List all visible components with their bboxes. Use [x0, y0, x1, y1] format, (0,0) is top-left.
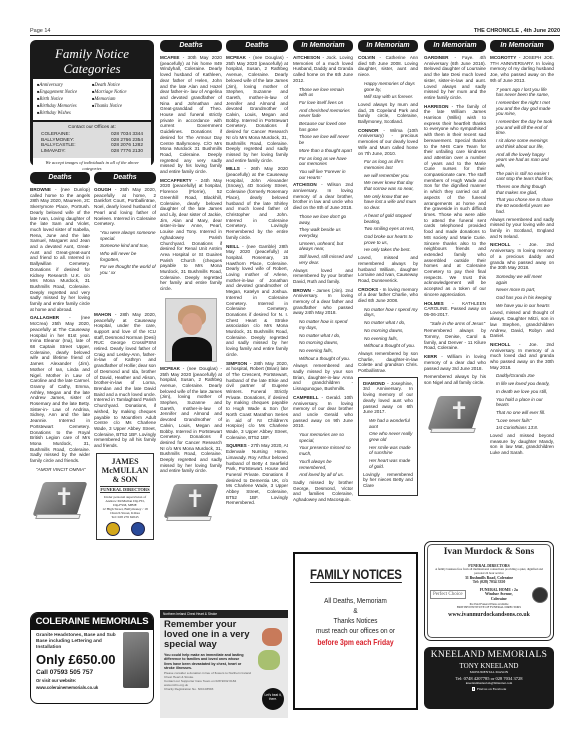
bible-illustration: ✝ — [161, 480, 221, 525]
deaths-column-2: Deaths GOUGH - 25th May 2020, peacefully… — [94, 172, 156, 540]
memoriam-column-2: In Memoriam COLVIN - Catherine Ann died … — [358, 40, 418, 496]
death-notice: NEILL - (nee Gamble) 28th May 2020 (peac… — [226, 244, 288, 358]
categories-list: Anniversary Death Notice Engagement Noti… — [33, 79, 151, 120]
cross-icon: ✝ — [185, 488, 205, 512]
death-notice: SQUIRES - 27th May 2020, At Edenvale Nur… — [226, 443, 288, 506]
portrait-photo — [165, 298, 217, 362]
death-notice: BROWNE - (nee Dunlop) called home to the… — [30, 187, 90, 312]
death-notice: MCAFEE - 30th May 2020 (peacefully) at h… — [160, 55, 222, 175]
deaths-header: Deaths — [160, 40, 222, 52]
family-notices-deadline-ad: FAMILY NOTICES All Deaths, Memoriam & Th… — [293, 552, 418, 710]
deaths-header: Deaths — [94, 172, 156, 184]
james-mcmullan-ad[interactable]: JAMES McMULLAN & SON FUNERAL DIRECTORS U… — [96, 453, 154, 541]
memoriam-column-4: In Memoriam MCGROTTY - JOSEPH JOE. 7TH A… — [490, 40, 554, 459]
chest-heart-stroke-ad[interactable]: Northern Ireland Chest Heart & Stroke Re… — [160, 610, 288, 718]
bible-illustration: ✝ — [30, 478, 90, 523]
death-notice: SIMPSON - 28th May 2020, at hospital, Ro… — [226, 361, 288, 441]
categories-title: Family Notice Categories — [33, 46, 151, 76]
family-notice-categories-box: Family Notice Categories Anniversary Dea… — [30, 40, 154, 166]
bible-illustration: ✝ — [425, 392, 485, 437]
seal-icon — [532, 587, 548, 603]
facebook-link[interactable]: fFind us on Facebook — [424, 687, 554, 691]
death-notice: GALLAGHER - (nee McCrea) 25th May 2020, … — [30, 315, 90, 463]
paper-dateline: THE CHRONICLE , 4th June 2020 — [474, 28, 560, 34]
category-item: Birth Notice — [37, 96, 92, 103]
chss-badge-icon: Let's beat it, there. — [262, 688, 284, 710]
cross-icon: ✝ — [449, 400, 469, 424]
memoriam-column-1: In Memoriam AITCHESON - Jock. Loving Mem… — [293, 40, 353, 506]
kneeland-memorials-ad[interactable]: KNEELAND MEMORIALS TONY KNEELAND MONUMEN… — [424, 647, 554, 709]
heart-image — [258, 650, 280, 670]
deaths-column-4: Deaths MCPEAK - (nee Douglas) - 25th May… — [226, 40, 288, 509]
category-item: Birthday Wishes — [37, 110, 92, 117]
category-item: Thanks Notice — [92, 103, 147, 110]
newspaper-page: Page 14 THE CHRONICLE , 4th June 2020 Fa… — [0, 0, 580, 737]
death-notice: MCPEAK - (nee Douglas) - 25th May 2020 (… — [160, 366, 222, 474]
category-item: Memoriam — [92, 96, 147, 103]
page-number: Page 14 — [30, 28, 51, 34]
category-item: Death Notice — [92, 82, 147, 89]
website-link[interactable]: www.ivanmurdockandsons.co.uk — [430, 612, 548, 618]
memoriam-header: In Memoriam — [424, 40, 486, 52]
headstone-image — [123, 632, 149, 688]
deaths-header: Deaths — [226, 40, 288, 52]
association-logo-icon — [131, 522, 145, 536]
deaths-column-1: Deaths BROWNE - (nee Dunlop) called home… — [30, 172, 90, 529]
cross-icon: ✝ — [54, 486, 74, 510]
ivan-murdock-ad[interactable]: Ivan Murdock & Sons FUNERAL DIRECTORS A … — [424, 541, 554, 641]
memoriam-header: In Memoriam — [358, 40, 418, 52]
category-item: Marriage Notice — [92, 89, 147, 96]
category-item: Engagement Notice — [37, 89, 92, 96]
crest-icon — [106, 522, 120, 536]
category-item: Anniversary — [37, 82, 92, 89]
heart-image — [262, 628, 282, 646]
memoriam-header: In Memoriam — [490, 40, 554, 52]
memoriam-column-3: In Memoriam GARDINER - Faye. 4th Anniver… — [424, 40, 486, 443]
boxed-memoriam-notice: DIAMOND - Josephine, 3rd Anniversary. In… — [358, 377, 418, 496]
death-notice: MILLS - 26th May 2020 (peacefully) at th… — [226, 166, 288, 240]
death-notice: MCCAFFERTY - 24th May 2020 (peacefully) … — [160, 178, 222, 292]
deaths-column-3: Deaths MCAFEE - 30th May 2020 (peacefull… — [160, 40, 222, 531]
header-divider — [30, 35, 560, 36]
death-notice: MCPEAK - (nee Douglas) - 25th May 2020 (… — [226, 55, 288, 163]
death-notice: MAHON - 28th May 2020, peacefully at Cau… — [94, 312, 156, 449]
memoriam-header: In Memoriam — [293, 40, 353, 52]
office-row: LIMAVADY:028 7776 2130 — [41, 149, 143, 155]
death-notice: GOUGH - 25th May 2020, peacefully at hom… — [94, 187, 156, 227]
perfect-choice-logo: Perfect Choice — [430, 590, 466, 599]
deaths-header: Deaths — [30, 172, 90, 184]
office-contacts: Contact our Offices at: COLERAINE:028 70… — [33, 122, 151, 158]
coleraine-memorials-ad[interactable]: COLERAINE MEMORIALS Granite Headstones, … — [30, 612, 154, 704]
category-item: Birthday Memories — [37, 103, 92, 110]
facebook-icon: f — [472, 687, 475, 691]
